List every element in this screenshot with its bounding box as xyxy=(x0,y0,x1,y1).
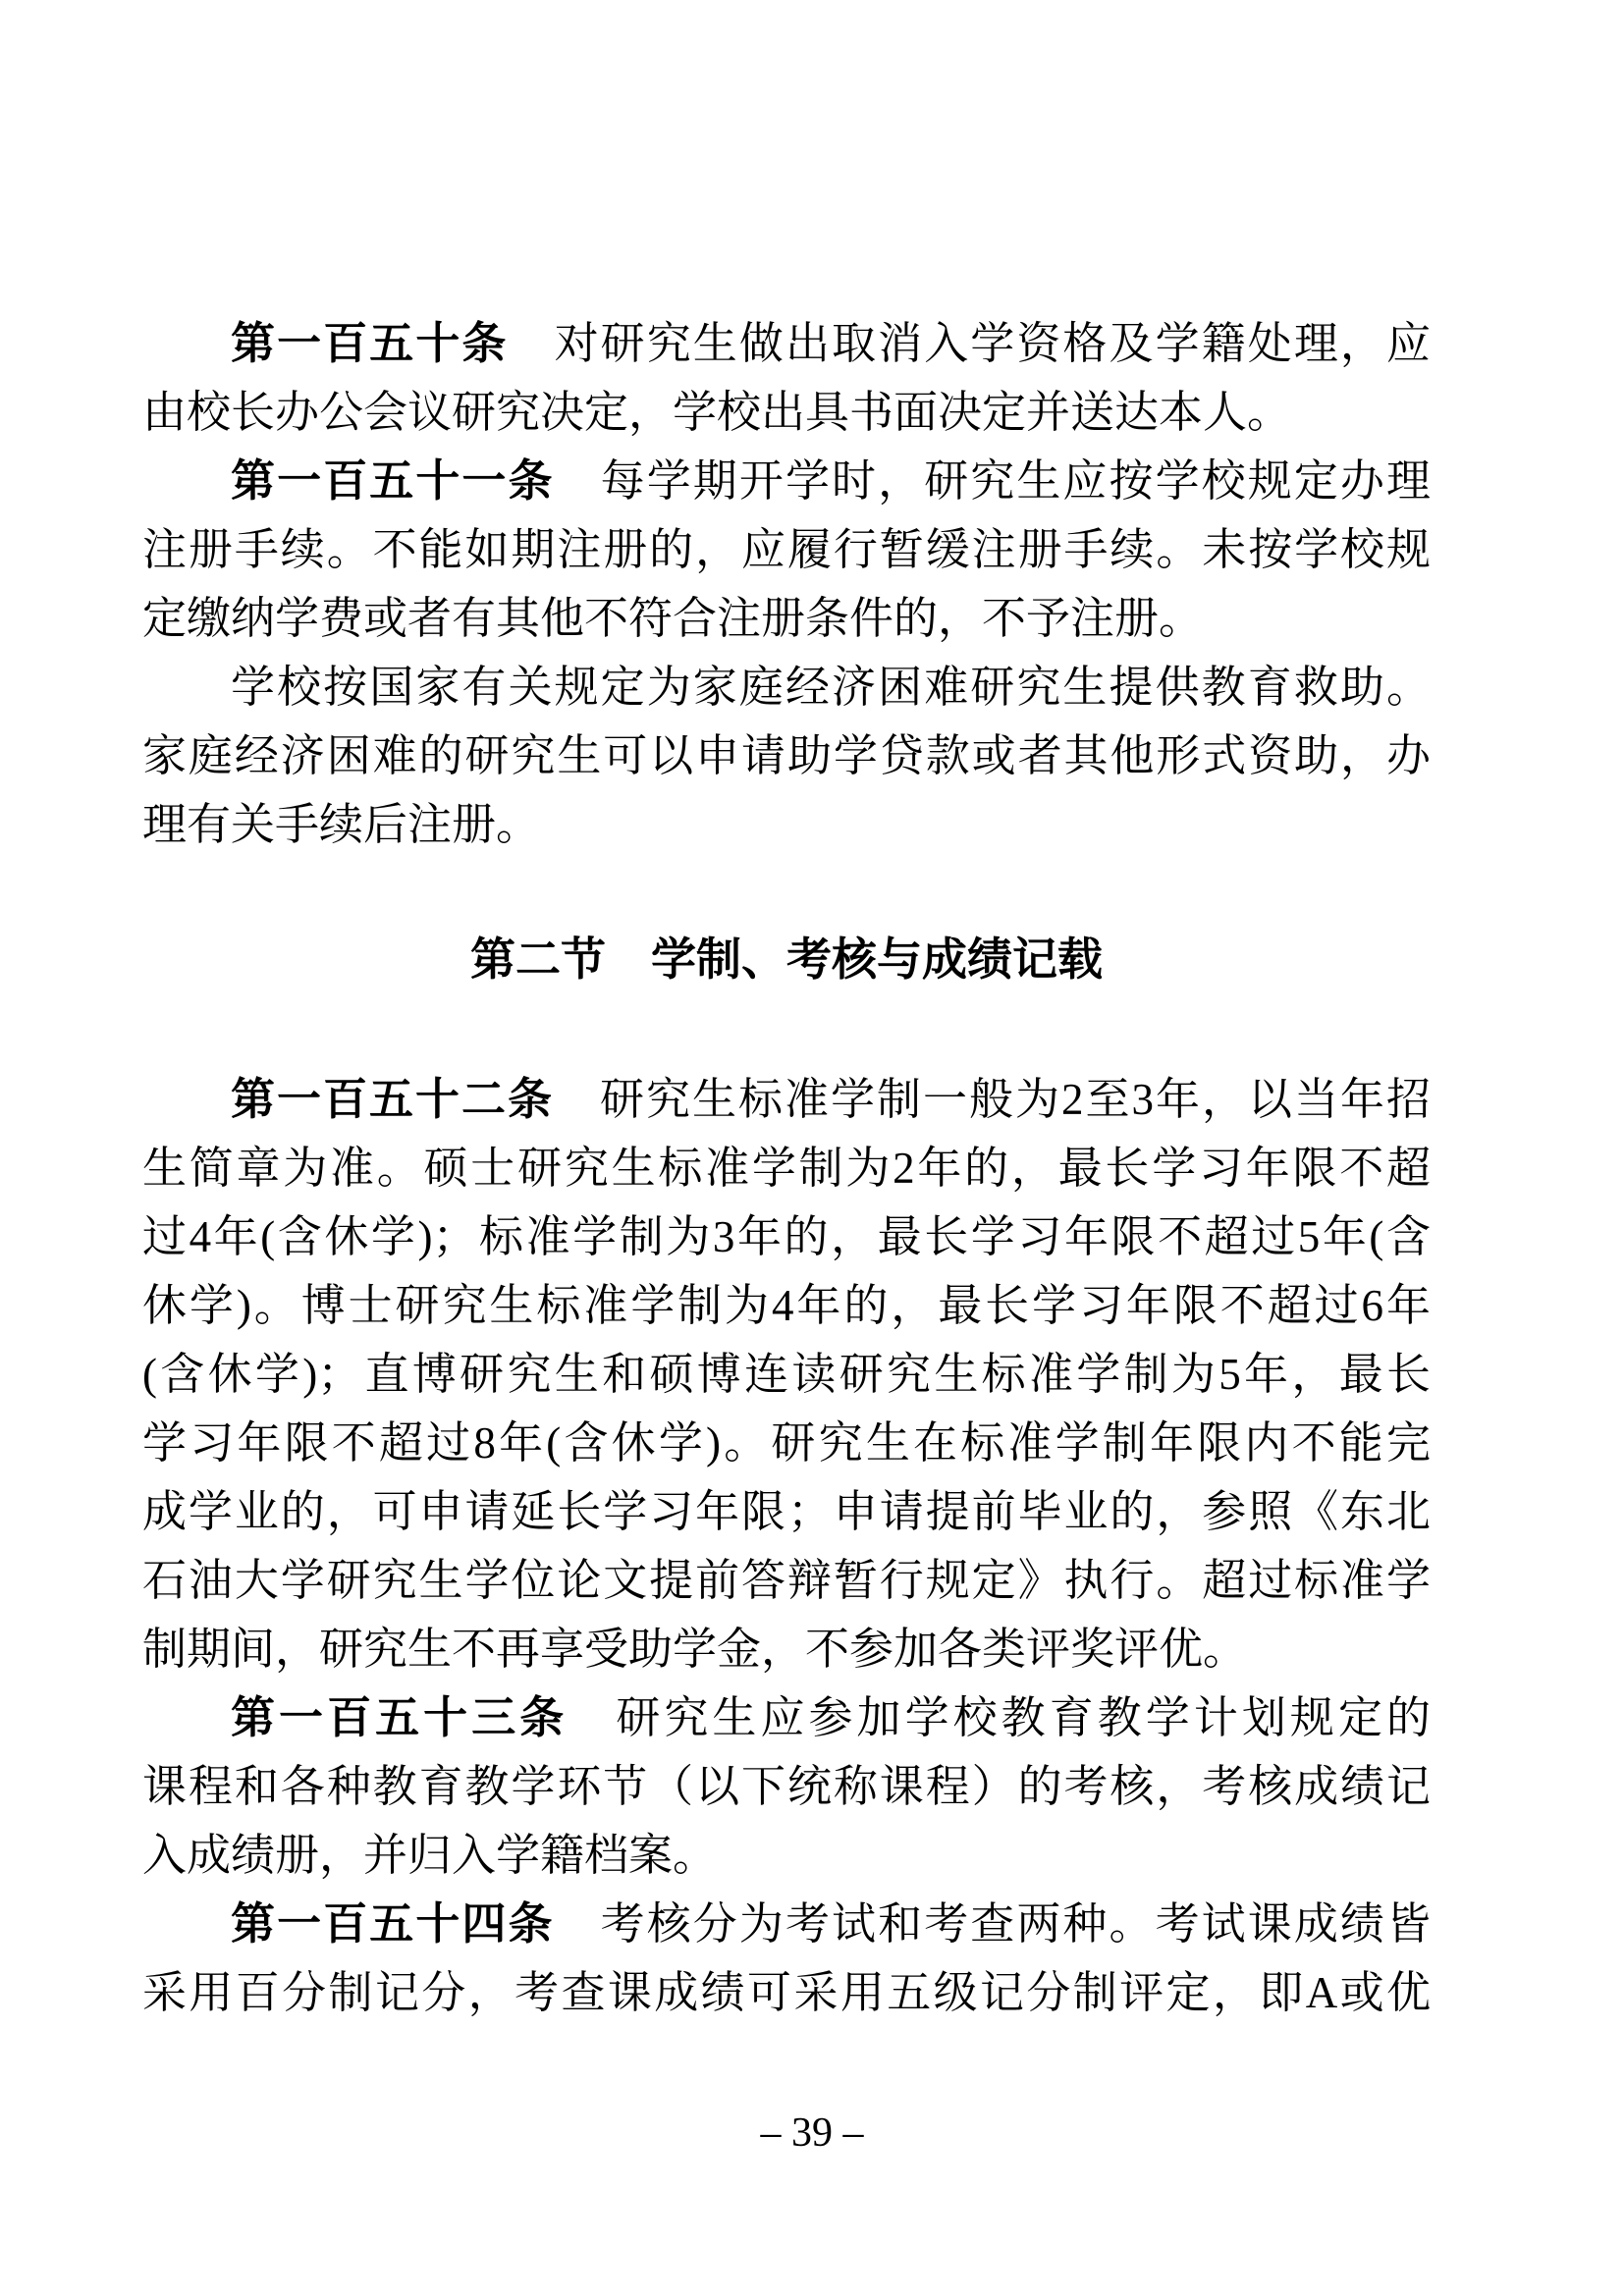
article-label: 第一百五十四条 xyxy=(231,1899,555,1949)
text-line: 制期间，研究生不再享受助学金，不参加各类评奖评优。 xyxy=(142,1615,1431,1683)
line-text: 石油大学研究生学位论文提前答辩暂行规定》执行。超过标准学 xyxy=(142,1556,1431,1605)
article-label: 第一百五十条 xyxy=(231,319,508,368)
article-first-line: 第一百五十三条 研究生应参加学校教育教学计划规定的 xyxy=(142,1683,1431,1752)
line-text: 成学业的，可申请延长学习年限；申请提前毕业的，参照《东北 xyxy=(142,1487,1431,1536)
line-text: 对研究生做出取消入学资格及学籍处理，应 xyxy=(508,319,1431,368)
text-line: 过4年(含休学)；标准学制为3年的，最长学习年限不超过5年(含 xyxy=(142,1202,1431,1271)
article-label: 第一百五十三条 xyxy=(231,1693,568,1742)
text-line: (含休学)；直博研究生和硕博连读研究生标准学制为5年，最长 xyxy=(142,1340,1431,1409)
text-line: 注册手续。不能如期注册的，应履行暂缓注册手续。未按学校规 xyxy=(142,515,1431,584)
line-text: 由校长办公会议研究决定，学校出具书面决定并送达本人。 xyxy=(142,388,1291,437)
text-line: 由校长办公会议研究决定，学校出具书面决定并送达本人。 xyxy=(142,378,1431,447)
article-first-line: 第一百五十条 对研究生做出取消入学资格及学籍处理，应 xyxy=(142,309,1431,378)
line-text: 休学)。博士研究生标准学制为4年的，最长学习年限不超过6年 xyxy=(142,1281,1431,1330)
article-label: 第一百五十一条 xyxy=(231,456,555,506)
article-first-line: 第一百五十二条 研究生标准学制一般为2至3年，以当年招 xyxy=(142,1065,1431,1134)
line-text: (含休学)；直博研究生和硕博连读研究生标准学制为5年，最长 xyxy=(142,1350,1431,1399)
text-line: 入成绩册，并归入学籍档案。 xyxy=(142,1821,1431,1890)
page-number: – 39 – xyxy=(0,2109,1624,2158)
article-first-line: 第一百五十四条 考核分为考试和考查两种。考试课成绩皆 xyxy=(142,1890,1431,1958)
line-text: 注册手续。不能如期注册的，应履行暂缓注册手续。未按学校规 xyxy=(142,525,1431,574)
paragraph-first-line: 学校按国家有关规定为家庭经济困难研究生提供教育救助。 xyxy=(142,653,1431,721)
line-text: 研究生应参加学校教育教学计划规定的 xyxy=(568,1693,1431,1742)
content-block-bottom: 第一百五十二条 研究生标准学制一般为2至3年，以当年招 生简章为准。硕士研究生标… xyxy=(142,1065,1431,2027)
text-line: 家庭经济困难的研究生可以申请助学贷款或者其他形式资助，办 xyxy=(142,721,1431,790)
line-text: 过4年(含休学)；标准学制为3年的，最长学习年限不超过5年(含 xyxy=(142,1212,1431,1261)
text-line: 生简章为准。硕士研究生标准学制为2年的，最长学习年限不超 xyxy=(142,1134,1431,1202)
line-text: 采用百分制记分，考查课成绩可采用五级记分制评定，即A或优 xyxy=(142,1968,1431,2017)
line-text: 入成绩册，并归入学籍档案。 xyxy=(142,1831,717,1880)
line-text: 考核分为考试和考查两种。考试课成绩皆 xyxy=(555,1899,1431,1949)
line-text: 生简章为准。硕士研究生标准学制为2年的，最长学习年限不超 xyxy=(142,1144,1431,1193)
text-line: 采用百分制记分，考查课成绩可采用五级记分制评定，即A或优 xyxy=(142,1958,1431,2027)
article-label: 第一百五十二条 xyxy=(231,1075,554,1124)
text-line: 石油大学研究生学位论文提前答辩暂行规定》执行。超过标准学 xyxy=(142,1546,1431,1615)
text-line: 学习年限不超过8年(含休学)。研究生在标准学制年限内不能完 xyxy=(142,1409,1431,1477)
text-line: 休学)。博士研究生标准学制为4年的，最长学习年限不超过6年 xyxy=(142,1271,1431,1340)
line-text: 学习年限不超过8年(含休学)。研究生在标准学制年限内不能完 xyxy=(142,1418,1431,1468)
line-text: 学校按国家有关规定为家庭经济困难研究生提供教育救助。 xyxy=(231,663,1431,712)
line-text: 理有关手续后注册。 xyxy=(142,800,540,849)
text-line: 课程和各种教育教学环节（以下统称课程）的考核，考核成绩记 xyxy=(142,1752,1431,1821)
line-text: 每学期开学时，研究生应按学校规定办理 xyxy=(555,456,1431,506)
line-text: 研究生标准学制一般为2至3年，以当年招 xyxy=(554,1075,1431,1124)
text-line: 定缴纳学费或者有其他不符合注册条件的，不予注册。 xyxy=(142,584,1431,653)
line-text: 制期间，研究生不再享受助学金，不参加各类评奖评优。 xyxy=(142,1625,1247,1674)
text-line: 理有关手续后注册。 xyxy=(142,790,1431,859)
text-line: 成学业的，可申请延长学习年限；申请提前毕业的，参照《东北 xyxy=(142,1477,1431,1546)
section-heading: 第二节 学制、考核与成绩记载 xyxy=(142,921,1431,999)
line-text: 定缴纳学费或者有其他不符合注册条件的，不予注册。 xyxy=(142,594,1203,643)
content-block-top: 第一百五十条 对研究生做出取消入学资格及学籍处理，应 由校长办公会议研究决定，学… xyxy=(142,309,1431,859)
document-page: 第一百五十条 对研究生做出取消入学资格及学籍处理，应 由校长办公会议研究决定，学… xyxy=(0,0,1624,2296)
article-first-line: 第一百五十一条 每学期开学时，研究生应按学校规定办理 xyxy=(142,447,1431,515)
line-text: 家庭经济困难的研究生可以申请助学贷款或者其他形式资助，办 xyxy=(142,731,1431,780)
line-text: 课程和各种教育教学环节（以下统称课程）的考核，考核成绩记 xyxy=(142,1762,1431,1811)
